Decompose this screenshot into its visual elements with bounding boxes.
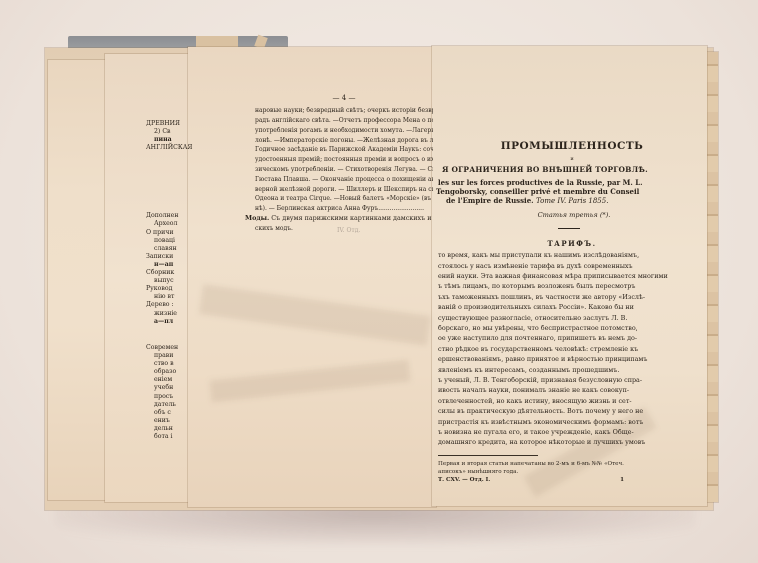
left-line: ство в (146, 360, 198, 368)
title-conjunction: и (444, 157, 700, 163)
left-line: Записки (146, 253, 198, 261)
body-line: явленiемъ къ интересамъ, созданнымъ прош… (438, 367, 700, 377)
text-line: удостоенныя премiй; постоянныя премiи и … (255, 156, 433, 166)
body-line: отвлеченностей, но какъ истину, вносящую… (438, 398, 700, 408)
article-body: то время, какъ мы приступали къ нашимъ и… (438, 252, 700, 449)
left-line: енiем (146, 376, 198, 384)
left-line: а—пл (146, 318, 198, 326)
footnote-rule (438, 455, 538, 456)
left-line: ДРЕВНИЯ (146, 120, 198, 128)
left-line: выпус (146, 277, 198, 285)
body-line: ершенствованiямъ, равно принятое и вѣрно… (438, 356, 700, 366)
text-line: Гюстава Плавша. — Окончанiе процесса о п… (255, 176, 433, 186)
left-line: н—ап (146, 261, 198, 269)
left-line: бота і (146, 433, 198, 441)
text-line: Одеона и театра Cirque. —Новый балетъ «М… (255, 195, 433, 205)
page-number: — 4 — (255, 94, 433, 102)
text-line: наровые науки; безвредный свѣтъ; очеркъ … (255, 107, 433, 117)
left-line: Археол (146, 220, 198, 228)
text-line: лонѣ. —Императорскiе погоны. —Желѣзная д… (255, 137, 433, 147)
left-line: Руковод (146, 285, 198, 293)
left-line: ениъ (146, 417, 198, 425)
body-line: силы въ практическую дѣятельность. Вотъ … (438, 408, 700, 418)
left-line: Дополнен (146, 212, 198, 220)
section-heading: ТАРИФЪ. (444, 240, 700, 248)
body-line: домашняго кредита, на которое нѣкоторые … (438, 439, 700, 449)
french-ref-line-3: de l'Empire de Russie. Tome IV. Paris 18… (446, 196, 700, 206)
left-page-text-lower: Современ прави ство в образо енiем учебн… (146, 344, 198, 441)
body-line: ъ новизна не пугала его, и такое учрежде… (438, 429, 700, 439)
text-line: употребленiя рогамъ и необходимости хому… (255, 127, 433, 137)
mods-text: Съ двумя парижскими картинками дамскихъ … (271, 215, 433, 222)
french-ref-line: les sur les forces productives de la Rus… (438, 178, 700, 187)
french-reference: les sur les forces productives de la Rus… (438, 178, 700, 206)
article-subtitle: Я ОГРАНИЧЕНИЯ ВО ВНѢШНЕЙ ТОРГОВЛѢ. (442, 166, 700, 175)
body-line: ое уже наступило для почтеннаго, припише… (438, 335, 700, 345)
body-line: стно рѣдкое въ государственномъ человѣкѣ… (438, 346, 700, 356)
body-line: ений науки. Эта важная финансовая мѣра п… (438, 273, 700, 283)
left-line: жизнiе (146, 310, 198, 318)
body-line: пристрастiя къ извѣстнымъ экономическимъ… (438, 419, 700, 429)
left-line: повацi (146, 237, 198, 245)
text-line: радъ англiйскаго свѣта. —Отчетъ профессо… (255, 117, 433, 127)
text-line: нѣ). — Берлинская актриса Анна Фуръ.....… (255, 205, 433, 215)
left-line: Дерево : (146, 301, 198, 309)
left-line: датель (146, 401, 198, 409)
left-line: просъ (146, 393, 198, 401)
body-line: ванiй о производительныхъ силахъ Россiи»… (438, 304, 700, 314)
body-line: борскаго, но мы увѣрены, что беспристрас… (438, 325, 700, 335)
body-line: существующее разногласiе, относительно з… (438, 315, 700, 325)
body-line: ивость началъ науки, понималъ знанiе не … (438, 387, 700, 397)
body-line: ъ ученый, Л. В. Тенгоборскiй, признавая … (438, 377, 700, 387)
text-line: Годичное засѣданiе въ Парижской Академiи… (255, 146, 433, 156)
body-line: ъ тѣмъ лицамъ, по которымъ возложенъ был… (438, 283, 700, 293)
left-line: нiю вт (146, 293, 198, 301)
left-line: образо (146, 368, 198, 376)
article-title: ПРОМЫШЛЕННОСТЬ (444, 140, 700, 152)
body-line: ъхъ таможенныхъ пошлинъ, въ частности же… (438, 294, 700, 304)
left-gap (146, 152, 198, 212)
middle-page-text: — 4 — наровые науки; безвредный свѣтъ; о… (255, 94, 433, 235)
right-page-text: ПРОМЫШЛЕННОСТЬ и Я ОГРАНИЧЕНИЯ ВО ВНѢШНЕ… (438, 140, 700, 484)
bleed-through-text (260, 265, 432, 355)
body-line: стоялось у насъ измѣненiе тарифа въ духѣ… (438, 263, 700, 273)
text-line: верной желѣзной дороги. — Шиллеръ и Шекс… (255, 186, 433, 196)
section-rule (558, 228, 580, 229)
mods-line: Моды. Съ двумя парижскими картинками дам… (245, 215, 433, 225)
left-line: АНГЛIЙСКАЯ (146, 144, 198, 152)
body-line: то время, какъ мы приступали къ нашимъ и… (438, 252, 700, 262)
signature-mark-number: 1 (620, 477, 624, 484)
left-line: О причи (146, 229, 198, 237)
text-line: зическомъ употребленiи. — Стихотворенiя … (255, 166, 433, 176)
left-line: Современ (146, 344, 198, 352)
left-line: славян (146, 245, 198, 253)
left-line: прави (146, 352, 198, 360)
left-page-text: ДРЕВНИЯ 2) Св пина АНГЛIЙСКАЯ Дополнен А… (146, 120, 198, 326)
footnote: Первая и вторая статьи напечатаны во 2-м… (438, 461, 700, 477)
article-number: Статья третья (*). (448, 212, 700, 220)
french-ref-line: Tengoborsky, conseiller privé et membre … (436, 187, 700, 196)
left-line: дельн (146, 425, 198, 433)
french-ref-text: de l'Empire de Russie. (446, 196, 534, 205)
french-ref-italic: Tome IV. Paris 1855. (536, 197, 608, 205)
left-line: Сборник (146, 269, 198, 277)
footnote-line: аписокъ» нынѣшняго года. (438, 469, 700, 477)
library-stamp: IV. Отд. (337, 227, 360, 234)
signature-line: Т. CXV. — Отд. I. 1 (438, 477, 624, 484)
left-line: учебн (146, 384, 198, 392)
signature-mark-volume: Т. CXV. — Отд. I. (438, 477, 490, 484)
left-line: 2) Св (146, 128, 198, 136)
left-line: объ с (146, 409, 198, 417)
mods-label: Моды. (245, 215, 269, 222)
footnote-line: Первая и вторая статьи напечатаны во 2-м… (438, 461, 700, 469)
